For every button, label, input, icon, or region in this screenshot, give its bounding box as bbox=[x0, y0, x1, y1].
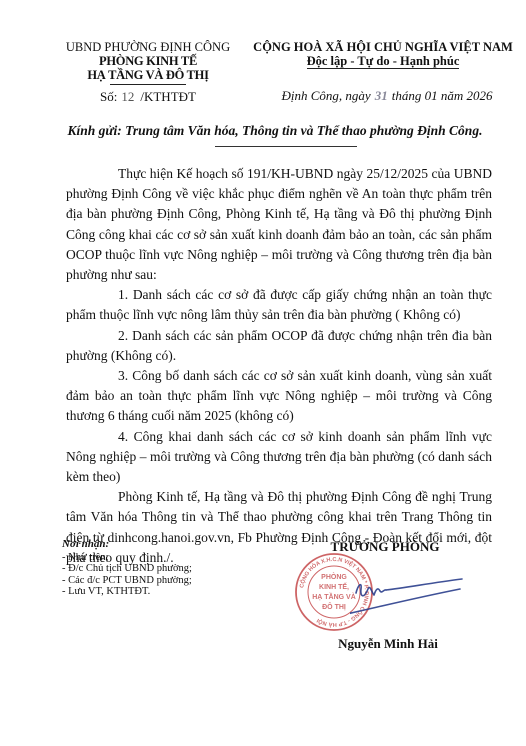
agency-parent: UBND PHƯỜNG ĐỊNH CÔNG bbox=[48, 40, 248, 54]
document-number-value: 12 bbox=[121, 89, 134, 105]
date-suffix: tháng 01 năm 2026 bbox=[392, 88, 493, 103]
body-item-3: 3. Công bố danh sách các cơ sở sản xuất … bbox=[66, 366, 492, 427]
national-title: CỘNG HOÀ XÃ HỘI CHỦ NGHĨA VIỆT NAM bbox=[248, 40, 518, 54]
handwritten-signature-icon bbox=[350, 575, 470, 615]
document-body: Thực hiện Kế hoạch số 191/KH-UBND ngày 2… bbox=[66, 164, 492, 568]
issuing-agency-block: UBND PHƯỜNG ĐỊNH CÔNG PHÒNG KINH TẾ HẠ T… bbox=[48, 40, 248, 105]
national-motto-wrap: Độc lập - Tự do - Hạnh phúc bbox=[248, 54, 518, 69]
distribution-item: - Đ/c Chủ tịch UBND phường; bbox=[62, 563, 262, 575]
national-motto: Độc lập - Tự do - Hạnh phúc bbox=[307, 54, 460, 69]
date-day: 31 bbox=[375, 88, 388, 104]
distribution-list: Nơi nhận: - Như trên; - Đ/c Chủ tịch UBN… bbox=[62, 539, 262, 598]
recipient-line: Kính gửi: Trung tâm Văn hóa, Thông tin v… bbox=[40, 123, 510, 139]
date-prefix: Định Công, ngày bbox=[282, 88, 371, 103]
signer-name: Nguyễn Minh Hải bbox=[310, 636, 466, 652]
svg-text:ĐÔ THỊ: ĐÔ THỊ bbox=[322, 602, 346, 611]
document-number: Số:12/KTHTĐT bbox=[48, 89, 248, 105]
agency-name-line2: HẠ TẦNG VÀ ĐÔ THỊ bbox=[48, 68, 248, 82]
distribution-title: Nơi nhận: bbox=[62, 539, 262, 551]
svg-text:KINH TẾ,: KINH TẾ, bbox=[319, 581, 349, 591]
svg-text:PHÒNG: PHÒNG bbox=[321, 572, 347, 581]
national-header: CỘNG HOÀ XÃ HỘI CHỦ NGHĨA VIỆT NAM Độc l… bbox=[248, 40, 518, 69]
document-number-suffix: /KTHTĐT bbox=[140, 89, 196, 104]
agency-underline bbox=[110, 84, 186, 85]
body-item-2: 2. Danh sách các sản phẩm OCOP đã được c… bbox=[66, 326, 492, 366]
document-date: Định Công, ngày31tháng 01 năm 2026 bbox=[248, 88, 526, 104]
distribution-item: - Lưu VT, KTHTĐT. bbox=[62, 586, 262, 598]
distribution-item: - Như trên; bbox=[62, 552, 262, 564]
body-item-4: 4. Công khai danh sách các cơ sở kinh do… bbox=[66, 427, 492, 488]
recipient-underline bbox=[215, 146, 357, 147]
agency-name-line1: PHÒNG KINH TẾ bbox=[48, 54, 248, 68]
body-paragraph-intro: Thực hiện Kế hoạch số 191/KH-UBND ngày 2… bbox=[66, 164, 492, 285]
distribution-item: - Các đ/c PCT UBND phường; bbox=[62, 575, 262, 587]
document-number-label: Số: bbox=[100, 89, 117, 104]
body-item-1: 1. Danh sách các cơ sở đã được cấp giấy … bbox=[66, 285, 492, 325]
